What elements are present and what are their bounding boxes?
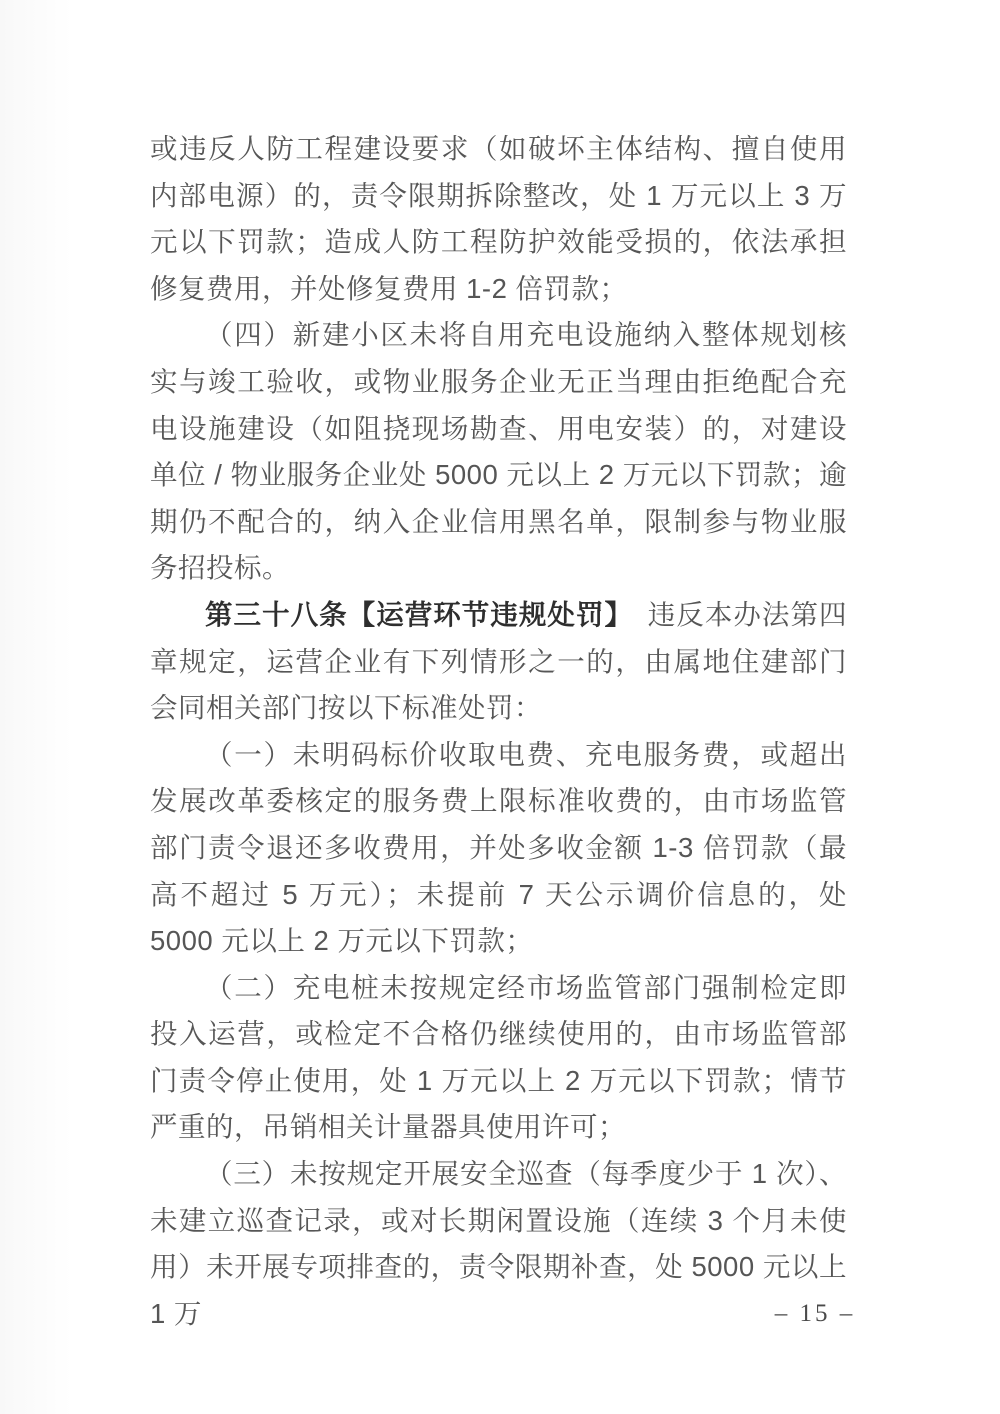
paragraph-article-38: 第三十八条【运营环节违规处罚】 违反本办法第四章规定，运营企业有下列情形之一的，… [150,592,847,732]
document-page: 或违反人防工程建设要求（如破坏主体结构、擅自使用内部电源）的，责令限期拆除整改，… [0,0,1000,1414]
article-38-title: 第三十八条【运营环节违规处罚】 [205,599,619,630]
document-body: 或违反人防工程建设要求（如破坏主体结构、擅自使用内部电源）的，责令限期拆除整改，… [150,126,847,1337]
paragraph-continuation: 或违反人防工程建设要求（如破坏主体结构、擅自使用内部电源）的，责令限期拆除整改，… [150,126,847,312]
paragraph-item-2: （二）充电桩未按规定经市场监管部门强制检定即投入运营，或检定不合格仍继续使用的，… [150,965,847,1151]
paragraph-item-1: （一）未明码标价收取电费、充电服务费，或超出发展改革委核定的服务费上限标准收费的… [150,732,847,965]
page-number: – 15 – [770,1300,860,1328]
paragraph-item-4: （四）新建小区未将自用充电设施纳入整体规划核实与竣工验收，或物业服务企业无正当理… [150,312,847,592]
paragraph-item-3: （三）未按规定开展安全巡查（每季度少于 1 次）、未建立巡查记录，或对长期闲置设… [150,1151,847,1337]
